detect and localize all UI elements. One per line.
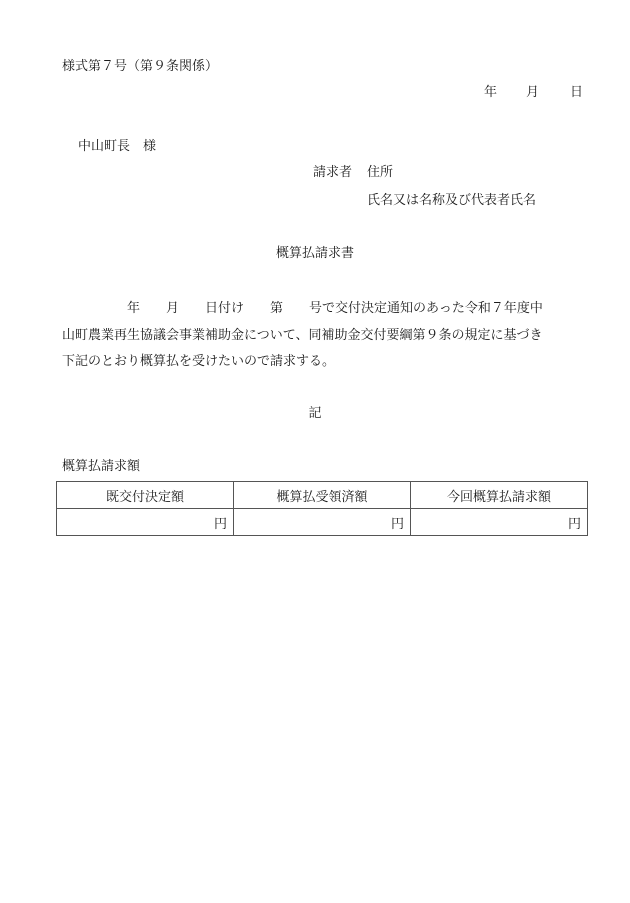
date-month: 月	[526, 85, 539, 101]
ki-heading: 記	[0, 406, 630, 422]
date-day: 日	[570, 85, 583, 101]
addressee: 中山町長 様	[78, 139, 156, 155]
header-received-amount: 概算払受領済額	[234, 482, 411, 509]
granted-amount-cell[interactable]: 円	[57, 509, 234, 536]
body-line: 山町農業再生協議会事業補助金について、同補助金交付要綱第９条の規定に基づき	[62, 323, 582, 350]
requester-label: 請求者	[313, 165, 352, 181]
table-caption: 概算払請求額	[62, 459, 140, 475]
header-granted-amount: 既交付決定額	[57, 482, 234, 509]
body-paragraph: 年 月 日付け 第 号で交付決定通知のあった令和７年度中 山町農業再生協議会事業…	[62, 296, 582, 376]
amount-table: 既交付決定額 概算払受領済額 今回概算払請求額 円 円 円	[56, 481, 588, 536]
date-year: 年	[484, 85, 497, 101]
table-header-row: 既交付決定額 概算払受領済額 今回概算払請求額	[57, 482, 588, 509]
received-amount-cell[interactable]: 円	[234, 509, 411, 536]
form-number: 様式第７号（第９条関係）	[62, 59, 218, 75]
request-amount-cell[interactable]: 円	[411, 509, 588, 536]
table-row: 円 円 円	[57, 509, 588, 536]
body-line: 下記のとおり概算払を受けたいので請求する。	[62, 349, 582, 376]
body-line: 年 月 日付け 第 号で交付決定通知のあった令和７年度中	[62, 296, 582, 323]
requester-name-label: 氏名又は名称及び代表者氏名	[367, 193, 536, 209]
requester-address-label: 住所	[367, 165, 393, 181]
header-request-amount: 今回概算払請求額	[411, 482, 588, 509]
document-title: 概算払請求書	[0, 246, 630, 262]
